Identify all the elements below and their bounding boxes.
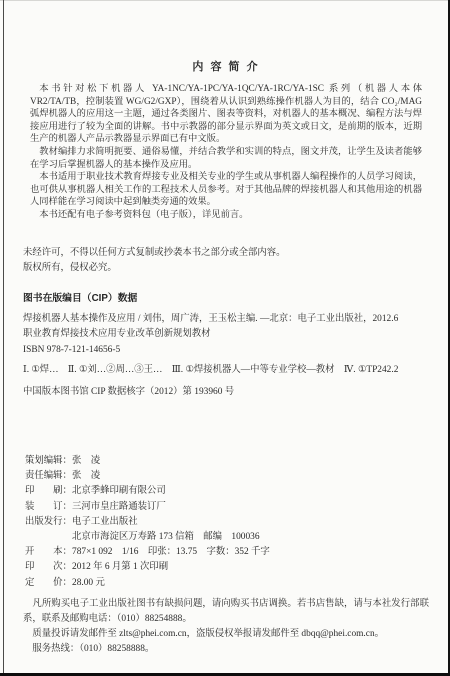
publication-label: 印 次： (25, 560, 72, 575)
cip-registry-number: 中国版本图书馆 CIP 数据核字（2012）第 193960 号 (23, 385, 429, 400)
publication-label: 定 价： (25, 576, 72, 591)
publication-row: 印 刷：北京季蜂印刷有限公司 (25, 484, 429, 499)
service-notes: 凡所购买电子工业出版社图书有缺损问题，请向购买书店调换。若书店售缺，请与本社发行… (23, 597, 429, 657)
cip-lines: 焊接机器人基本操作及应用 / 刘伟，周广涛，王玉松主编. —北京：电子工业出版社… (23, 312, 429, 359)
cip-title-line: 焊接机器人基本操作及应用 / 刘伟，周广涛，王玉松主编. —北京：电子工业出版社… (23, 312, 429, 328)
publication-label: 责任编辑： (25, 469, 72, 484)
publication-row: 印 次：2012 年 6 月第 1 次印刷 (25, 560, 429, 575)
publication-value: 北京季蜂印刷有限公司 (72, 486, 166, 496)
publication-info: 策划编辑：张 凌 责任编辑：张 凌 印 刷：北京季蜂印刷有限公司 装 订：三河市… (25, 454, 429, 591)
complaint-note: 质量投诉请发邮件至 zlts@phei.com.cn，盗版侵权举报请发邮件至 d… (23, 627, 429, 642)
publication-row: 责任编辑：张 凌 (25, 469, 429, 484)
cip-isbn-line: ISBN 978-7-121-14656-5 (23, 343, 429, 359)
publication-row: 开 本：787×1 092 1/16 印张：13.75 字数：352 千字 (25, 545, 429, 560)
publication-value: 张 凌 (72, 471, 100, 481)
intro-paragraph: 教材编排力求简明扼要、通俗易懂，并结合教学和实训的特点，图文并茂，让学生及读者能… (30, 146, 422, 171)
publication-row: 定 价：28.00 元 (25, 576, 429, 591)
publication-label: 策划编辑： (25, 454, 72, 469)
publication-value: 787×1 092 1/16 印张：13.75 字数：352 千字 (72, 547, 270, 557)
publication-value: 北京市海淀区万寿路 173 信箱 邮编 100036 (72, 532, 260, 542)
page-content: 内 容 简 介 本书针对松下机器人 YA-1NC/YA-1PC/YA-1QC/Y… (23, 0, 429, 657)
publication-value: 三河市皇庄路通装订厂 (72, 502, 166, 512)
section-title: 内 容 简 介 (23, 58, 429, 74)
copyright-notice-line: 版权所有，侵权必究。 (23, 261, 429, 276)
publication-row: 装 订：三河市皇庄路通装订厂 (25, 500, 429, 515)
publication-label: 出版发行： (25, 515, 72, 530)
publication-label: 装 订： (25, 500, 72, 515)
publication-row: 出版发行：电子工业出版社 (25, 515, 429, 530)
cip-section: 图书在版编目（CIP）数据 焊接机器人基本操作及应用 / 刘伟，周广涛，王玉松主… (23, 290, 429, 401)
publication-row: 策划编辑：张 凌 (25, 454, 429, 469)
publication-value: 2012 年 6 月第 1 次印刷 (72, 562, 168, 572)
publication-value: 电子工业出版社 (72, 517, 138, 527)
copyright-notice-line: 未经许可，不得以任何方式复制或抄袭本书之部分或全部内容。 (23, 246, 429, 261)
cip-classification: Ⅰ. ①焊… Ⅱ. ①刘…②周…③王… Ⅲ. ①焊接机器人—中等专业学校—教材 … (23, 363, 429, 378)
service-hotline: 服务热线：（010）88258888。 (23, 642, 429, 657)
publication-label: 印 刷： (25, 484, 72, 499)
scan-border-left (3, 0, 4, 676)
publication-value: 张 凌 (72, 456, 100, 466)
publication-value: 28.00 元 (72, 578, 105, 588)
publication-row: 北京市海淀区万寿路 173 信箱 邮编 100036 (25, 530, 429, 545)
intro-paragraph: 本书还配有电子参考资料包（电子版），详见前言。 (30, 209, 422, 222)
cip-series-line: 职业教育焊接技术应用专业改革创新规划教材 (23, 327, 429, 343)
publication-label: 开 本： (25, 545, 72, 560)
copyright-notice: 未经许可，不得以任何方式复制或抄袭本书之部分或全部内容。 版权所有，侵权必究。 (23, 246, 429, 276)
intro-paragraph: 本书针对松下机器人 YA-1NC/YA-1PC/YA-1QC/YA-1RC/YA… (30, 83, 422, 146)
purchase-note: 凡所购买电子工业出版社图书有缺损问题，请向购买书店调换。若书店售缺，请与本社发行… (23, 597, 429, 627)
cip-header: 图书在版编目（CIP）数据 (23, 290, 429, 304)
intro-paragraph: 本书适用于职业技术教育焊接专业及相关专业的学生或从事机器人编程操作的人员学习阅读… (30, 171, 422, 209)
content-summary-section: 本书针对松下机器人 YA-1NC/YA-1PC/YA-1QC/YA-1RC/YA… (30, 83, 422, 222)
book-copyright-page: 内 容 简 介 本书针对松下机器人 YA-1NC/YA-1PC/YA-1QC/Y… (0, 0, 450, 676)
